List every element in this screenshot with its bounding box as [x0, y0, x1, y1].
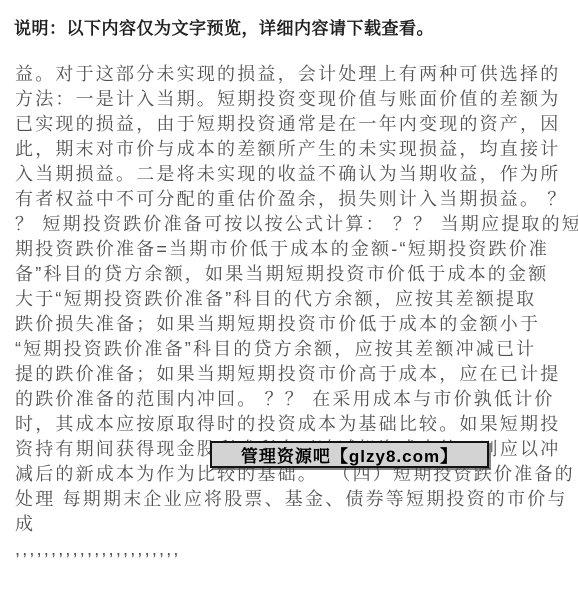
- watermark-text: 管理资源吧【glzy8.com】: [241, 442, 458, 467]
- text-line: 已实现的损益，由于短期投资通常是在一年内变现的资产，因: [15, 112, 578, 137]
- text-line: 此，期末对市价与成本的差额所产生的未实现损益，均直接计: [15, 137, 578, 162]
- text-line: 方法：一是计入当期。短期投资变现价值与账面价值的差额为: [15, 87, 578, 112]
- text-line: 益。对于这部分未实现的损益，会计处理上有两种可供选择的: [15, 62, 578, 87]
- document-preview-page: 说明：以下内容仅为文字预览，详细内容请下载查看。 益。对于这部分未实现的损益，会…: [0, 0, 578, 600]
- text-line: 备”科目的贷方余额，如果当期短期投资市价低于成本的金额: [15, 262, 578, 287]
- text-line: 时，其成本应按原取得时的投资成本为基础比较。如果短期投: [15, 412, 578, 437]
- text-line: “短期投资跌价准备”科目的贷方余额，应按其差额冲减已计: [15, 337, 578, 362]
- document-text: 益。对于这部分未实现的损益，会计处理上有两种可供选择的 方法：一是计入当期。短期…: [0, 62, 578, 562]
- text-line: 提的跌价准备；如果当期短期投资市价高于成本，应在已计提: [15, 362, 578, 387]
- preview-notice: 说明：以下内容仅为文字预览，详细内容请下载查看。: [14, 18, 578, 39]
- text-line: 跌价损失准备；如果当期短期投资市价低于成本的金额小于: [15, 312, 578, 337]
- text-line: 入当期损益。二是将未实现的收益不确认为当期收益，作为所: [15, 162, 578, 187]
- truncation-dots: ,,,,,,,,,,,,,,,,,,,,,,,: [15, 537, 578, 562]
- text-line: 处理 每期期末企业应将股票、基金、债券等短期投资的市价与: [15, 487, 578, 512]
- watermark-badge: 管理资源吧【glzy8.com】: [210, 441, 489, 468]
- text-line: 成: [15, 512, 578, 537]
- text-line: ？ 短期投资跌价准备可按以按公式计算： ？？ 当期应提取的短: [15, 212, 578, 237]
- text-line: 有者权益中不可分配的重估价盈余，损失则计入当期损益。 ？: [15, 187, 578, 212]
- text-line: 期投资跌价准备=当期市价低于成本的金额-“短期投资跌价准: [15, 237, 578, 262]
- text-line: 大于“短期投资跌价准备”科目的代方余额，应按其差额提取: [15, 287, 578, 312]
- text-line: 的跌价准备的范围内冲回。 ？？ 在采用成本与市价孰低计价: [15, 387, 578, 412]
